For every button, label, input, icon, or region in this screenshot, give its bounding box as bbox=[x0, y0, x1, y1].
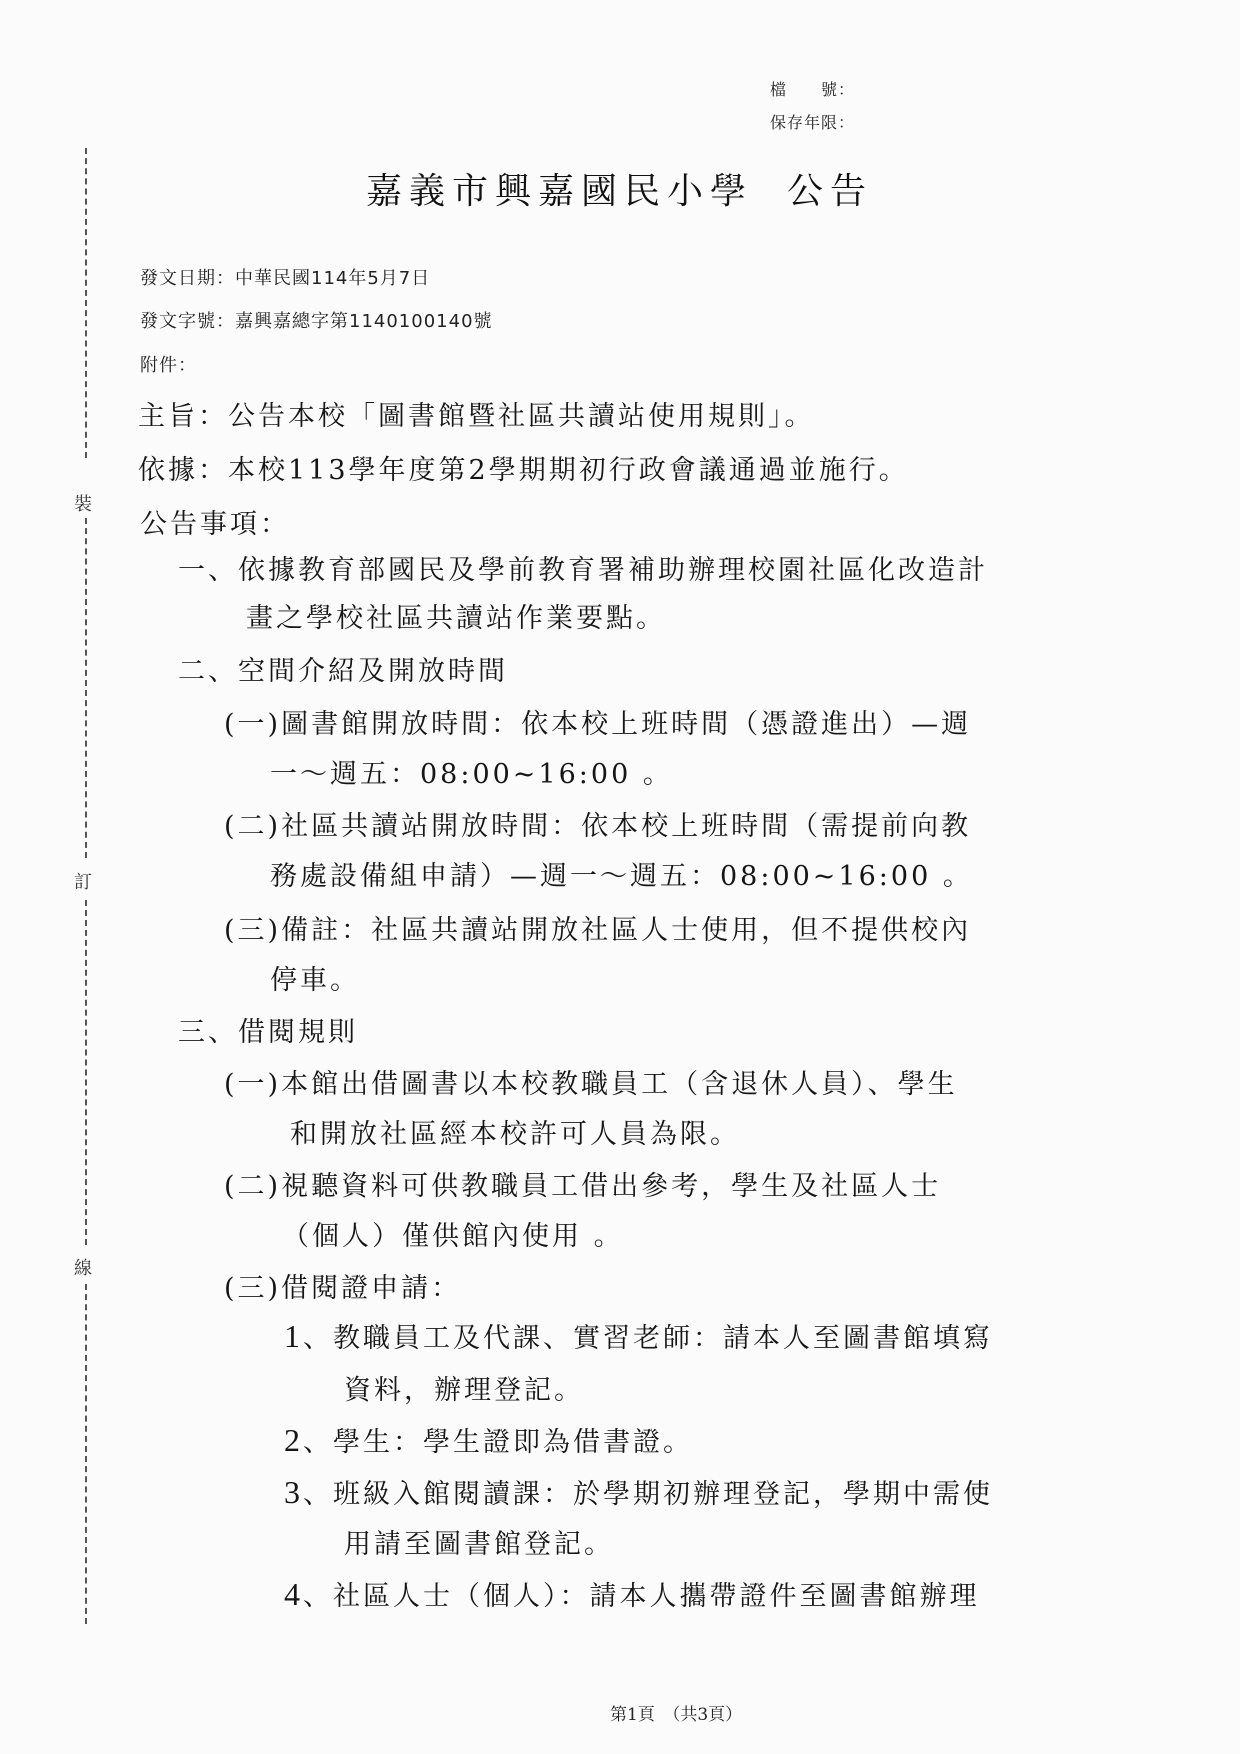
reference-number: 發文字號：嘉興嘉總字第1140100140號 bbox=[140, 307, 493, 333]
section-3-sub-1-line-1: (一)本館出借圖書以本校教職員工（含退休人員）、學生 bbox=[224, 1062, 958, 1101]
point-1-number: 1 bbox=[284, 1318, 303, 1354]
binding-dashed-line-bottom bbox=[85, 1284, 87, 1624]
section-2-heading: 二、空間介紹及開放時間 bbox=[178, 649, 508, 688]
section-3-sub-2-line-2: （個人）僅供館內使用 。 bbox=[282, 1214, 624, 1253]
section-2-sub-1-line-1: (一)圖書館開放時間：依本校上班時間（憑證進出）—週 bbox=[224, 702, 971, 741]
binding-mark-zhuang: 裝 bbox=[74, 490, 92, 516]
section-2-sub-3-line-1: (三)備註：社區共讀站開放社區人士使用，但不提供校內 bbox=[224, 908, 971, 947]
binding-dashed-line-middle-1 bbox=[85, 518, 87, 858]
section-3-sub-2-line-1: (二)視聽資料可供教職員工借出參考，學生及社區人士 bbox=[224, 1164, 941, 1203]
point-4-number: 4 bbox=[284, 1576, 303, 1612]
point-1-line-1: 1、教職員工及代課、實習老師：請本人至圖書館填寫 bbox=[284, 1316, 993, 1355]
point-2-number: 2 bbox=[284, 1422, 303, 1458]
point-3-text: 、班級入館閱讀課：於學期初辦理登記，學期中需使 bbox=[303, 1479, 993, 1510]
section-3-sub-3-heading: (三)借閱證申請： bbox=[224, 1266, 461, 1305]
section-1-line-2: 畫之學校社區共讀站作業要點。 bbox=[246, 596, 666, 635]
document-title: 嘉義市興嘉國民小學公告 bbox=[366, 163, 873, 214]
attachment-label: 附件： bbox=[140, 351, 197, 377]
binding-mark-xian: 線 bbox=[74, 1254, 92, 1280]
section-2-sub-2-line-1: (二)社區共讀站開放時間：依本校上班時間（需提前向教 bbox=[224, 804, 971, 843]
section-3-heading: 三、借閱規則 bbox=[178, 1010, 358, 1049]
page-number: 第1頁 （共3頁） bbox=[610, 1700, 742, 1725]
point-2-line-1: 2、學生：學生證即為借書證。 bbox=[284, 1420, 693, 1459]
binding-dashed-line-middle-2 bbox=[85, 900, 87, 1245]
point-3-number: 3 bbox=[284, 1474, 303, 1510]
binding-dashed-line-top bbox=[85, 148, 87, 458]
subject-line: 主旨：公告本校「圖書館暨社區共讀站使用規則」。 bbox=[138, 394, 815, 433]
issuing-organization: 嘉義市興嘉國民小學 bbox=[366, 171, 753, 212]
retention-period-label: 保存年限： bbox=[770, 110, 855, 133]
binding-mark-ding: 訂 bbox=[74, 868, 92, 894]
section-1-line-1: 一、依據教育部國民及學前教育署補助辦理校園社區化改造計 bbox=[178, 548, 988, 587]
point-3-line-1: 3、班級入館閱讀課：於學期初辦理登記，學期中需使 bbox=[284, 1472, 993, 1511]
section-2-sub-1-line-2: 一～週五：08:00~16:00 。 bbox=[270, 752, 673, 791]
section-2-sub-3-line-2: 停車。 bbox=[270, 958, 360, 997]
document-type: 公告 bbox=[787, 171, 873, 212]
announcement-items-heading: 公告事項： bbox=[140, 502, 290, 541]
point-4-line-1: 4、社區人士（個人）：請本人攜帶證件至圖書館辦理 bbox=[284, 1574, 980, 1613]
section-3-sub-1-line-2: 和開放社區經本校許可人員為限。 bbox=[290, 1112, 740, 1151]
issue-date: 發文日期：中華民國114年5月7日 bbox=[140, 264, 430, 290]
point-1-line-2: 資料，辦理登記。 bbox=[344, 1368, 584, 1407]
point-2-text: 、學生：學生證即為借書證。 bbox=[303, 1427, 693, 1458]
point-1-text: 、教職員工及代課、實習老師：請本人至圖書館填寫 bbox=[303, 1323, 993, 1354]
basis-line: 依據：本校113學年度第2學期期初行政會議通過並施行。 bbox=[138, 448, 909, 487]
file-number-label: 檔 號： bbox=[770, 77, 855, 100]
point-3-line-2: 用請至圖書館登記。 bbox=[344, 1522, 614, 1561]
point-4-text: 、社區人士（個人）：請本人攜帶證件至圖書館辦理 bbox=[303, 1581, 980, 1612]
section-2-sub-2-line-2: 務處設備組申請）—週一～週五：08:00~16:00 。 bbox=[270, 854, 973, 893]
